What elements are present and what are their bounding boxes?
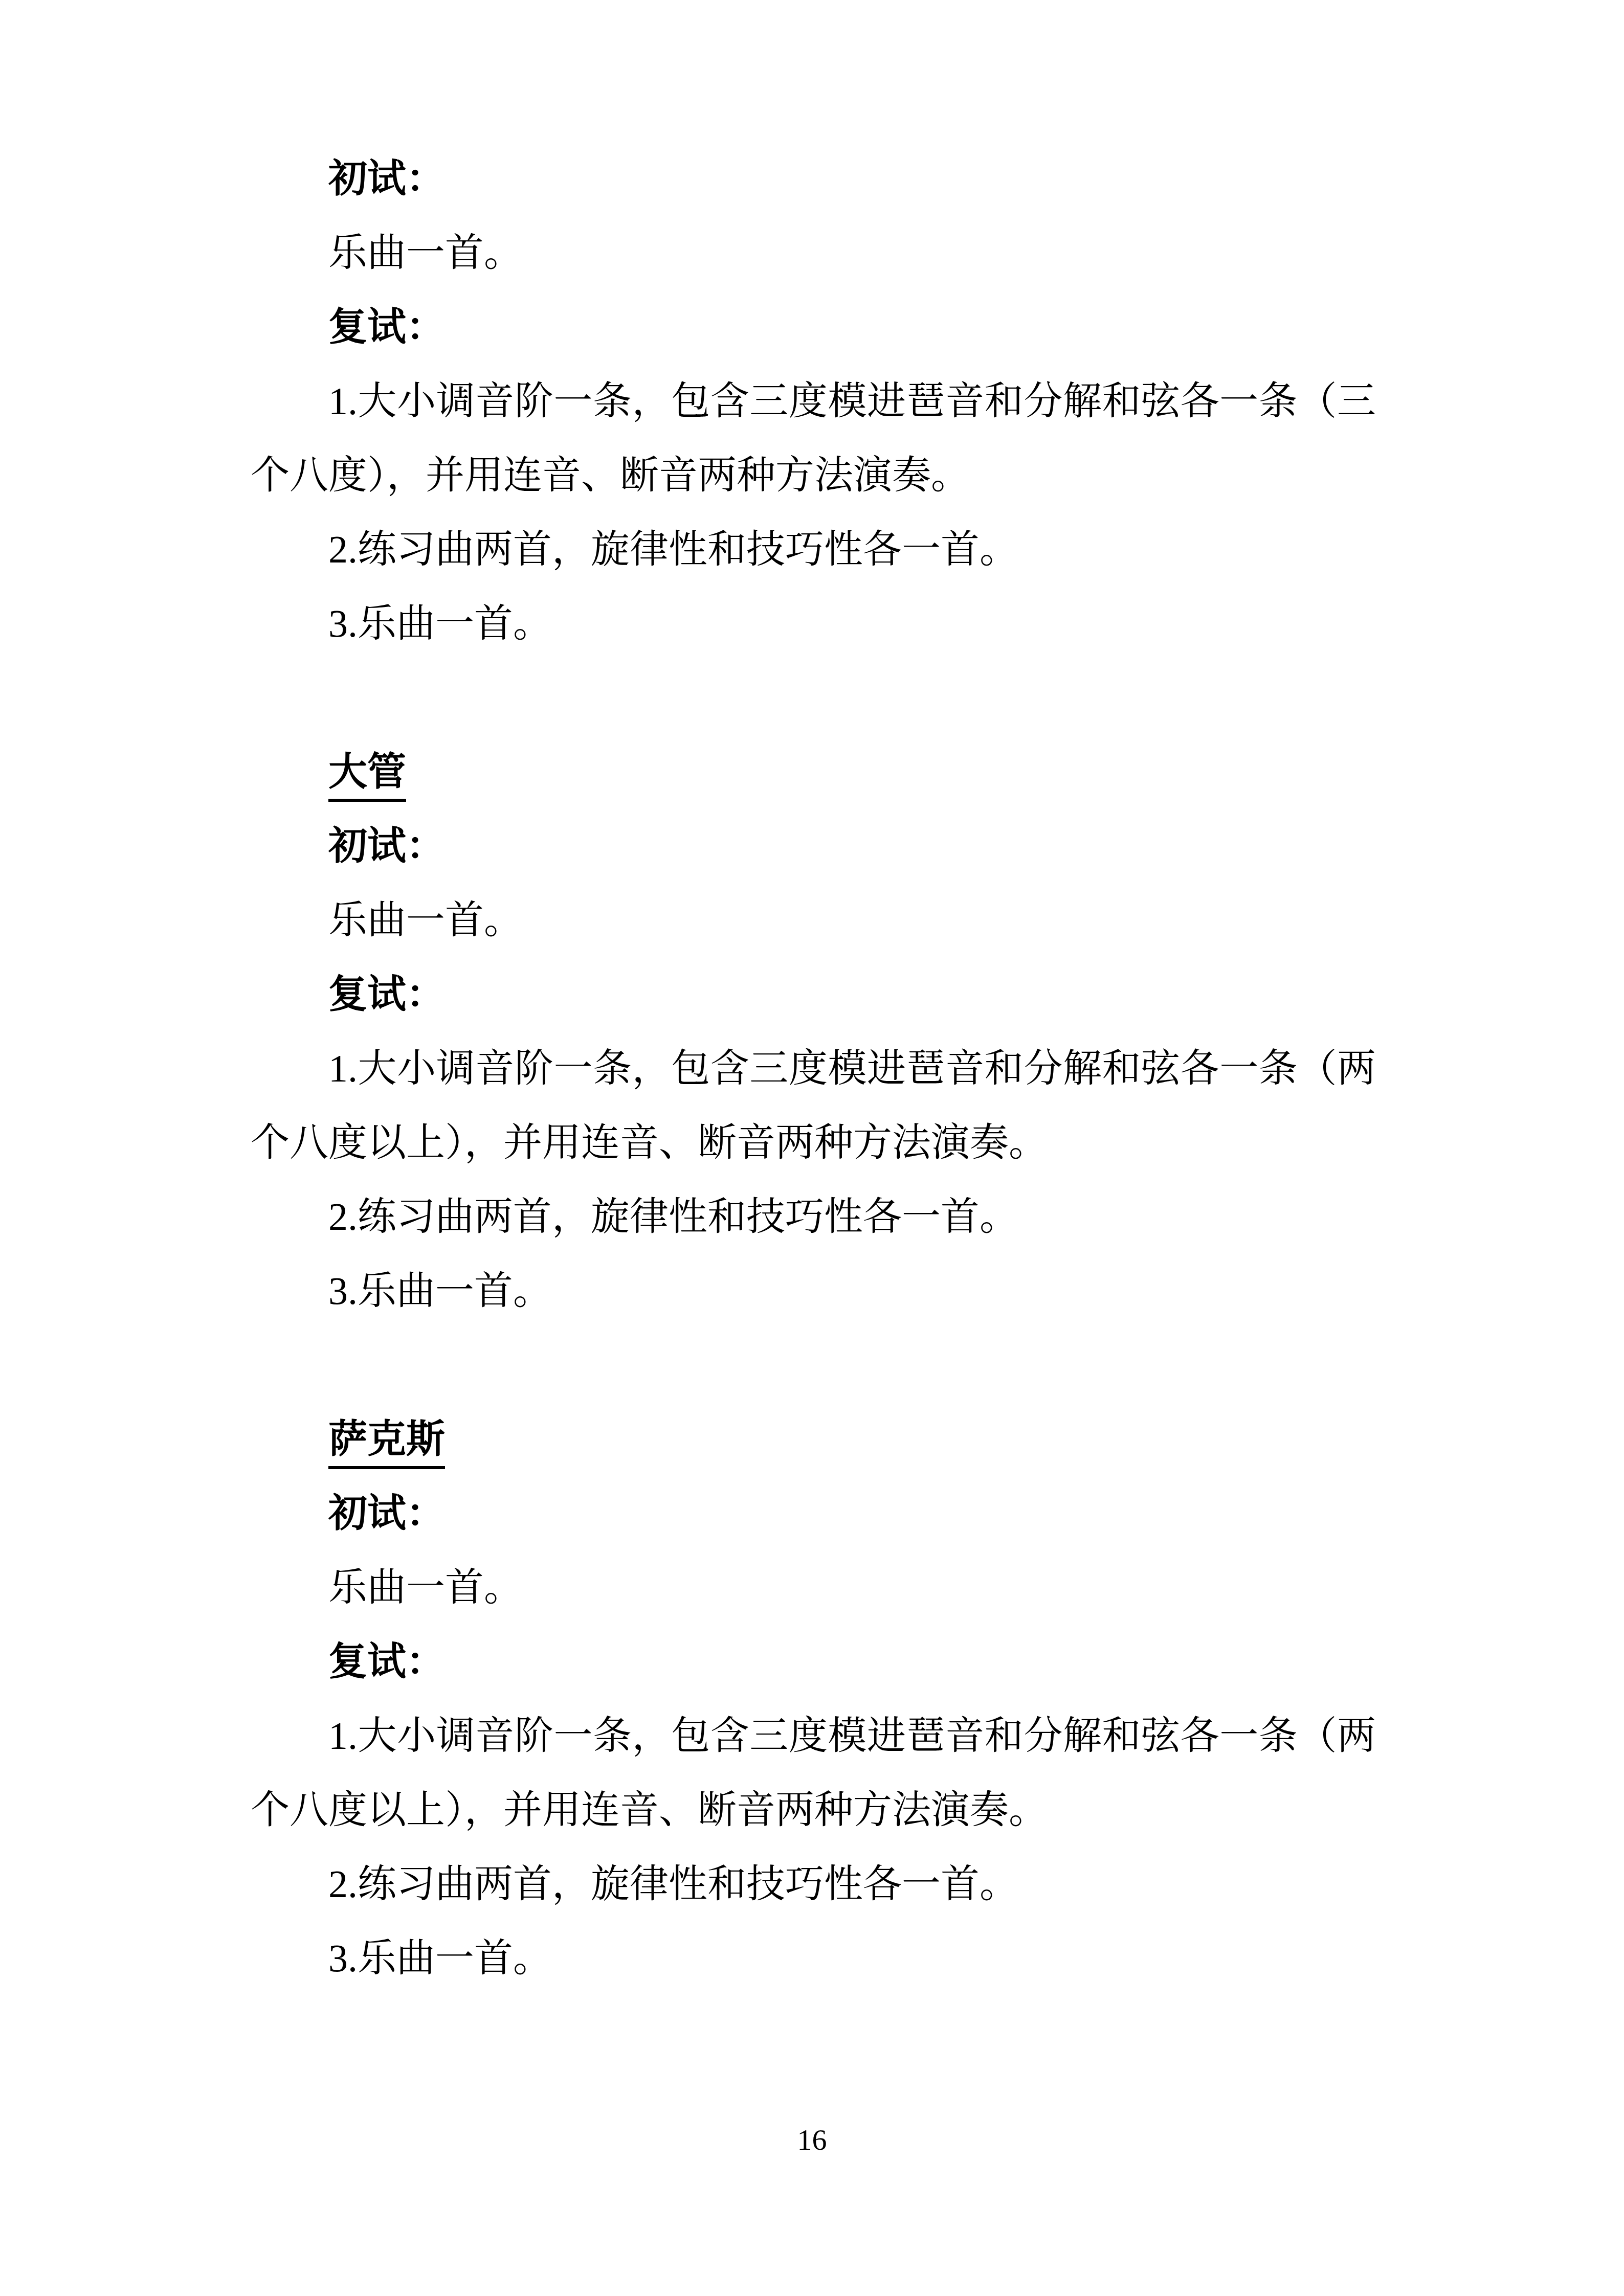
requirement-item-2: 2.练习曲两首，旋律性和技巧性各一首。 — [251, 1180, 1376, 1254]
document-body: 初试： 乐曲一首。 复试： 1.大小调音阶一条，包含三度模进琶音和分解和弦各一条… — [251, 142, 1376, 1996]
document-page: 初试： 乐曲一首。 复试： 1.大小调音阶一条，包含三度模进琶音和分解和弦各一条… — [0, 0, 1624, 2296]
first-round-requirement: 乐曲一首。 — [251, 884, 1376, 958]
requirement-item-3: 3.乐曲一首。 — [251, 1254, 1376, 1329]
requirement-item-1-line-2: 个八度以上），并用连音、断音两种方法演奏。 — [251, 1106, 1376, 1180]
requirement-item-3: 3.乐曲一首。 — [251, 1922, 1376, 1996]
requirement-item-1-line-1: 1.大小调音阶一条，包含三度模进琶音和分解和弦各一条（两 — [251, 1699, 1376, 1773]
second-round-heading: 复试： — [251, 290, 1376, 365]
requirement-item-1-line-2: 个八度），并用连音、断音两种方法演奏。 — [251, 439, 1376, 513]
requirement-item-2: 2.练习曲两首，旋律性和技巧性各一首。 — [251, 1848, 1376, 1922]
blank-line — [251, 661, 1376, 735]
requirement-item-1-line-2: 个八度以上），并用连音、断音两种方法演奏。 — [251, 1773, 1376, 1848]
requirement-item-3: 3.乐曲一首。 — [251, 587, 1376, 661]
instrument-title-bassoon: 大管 — [251, 735, 1376, 809]
first-round-heading: 初试： — [251, 142, 1376, 216]
instrument-title-saxophone: 萨克斯 — [251, 1403, 1376, 1477]
first-round-heading: 初试： — [251, 809, 1376, 884]
requirement-item-1-line-1: 1.大小调音阶一条，包含三度模进琶音和分解和弦各一条（三 — [251, 365, 1376, 439]
first-round-requirement: 乐曲一首。 — [251, 216, 1376, 290]
first-round-heading: 初试： — [251, 1477, 1376, 1551]
page-number: 16 — [0, 2122, 1624, 2158]
requirement-item-2: 2.练习曲两首，旋律性和技巧性各一首。 — [251, 513, 1376, 587]
requirement-item-1-line-1: 1.大小调音阶一条，包含三度模进琶音和分解和弦各一条（两 — [251, 1032, 1376, 1106]
second-round-heading: 复试： — [251, 1625, 1376, 1699]
second-round-heading: 复试： — [251, 958, 1376, 1032]
first-round-requirement: 乐曲一首。 — [251, 1551, 1376, 1625]
instrument-title-text: 大管 — [328, 751, 406, 802]
instrument-title-text: 萨克斯 — [328, 1418, 445, 1469]
blank-line — [251, 1329, 1376, 1403]
